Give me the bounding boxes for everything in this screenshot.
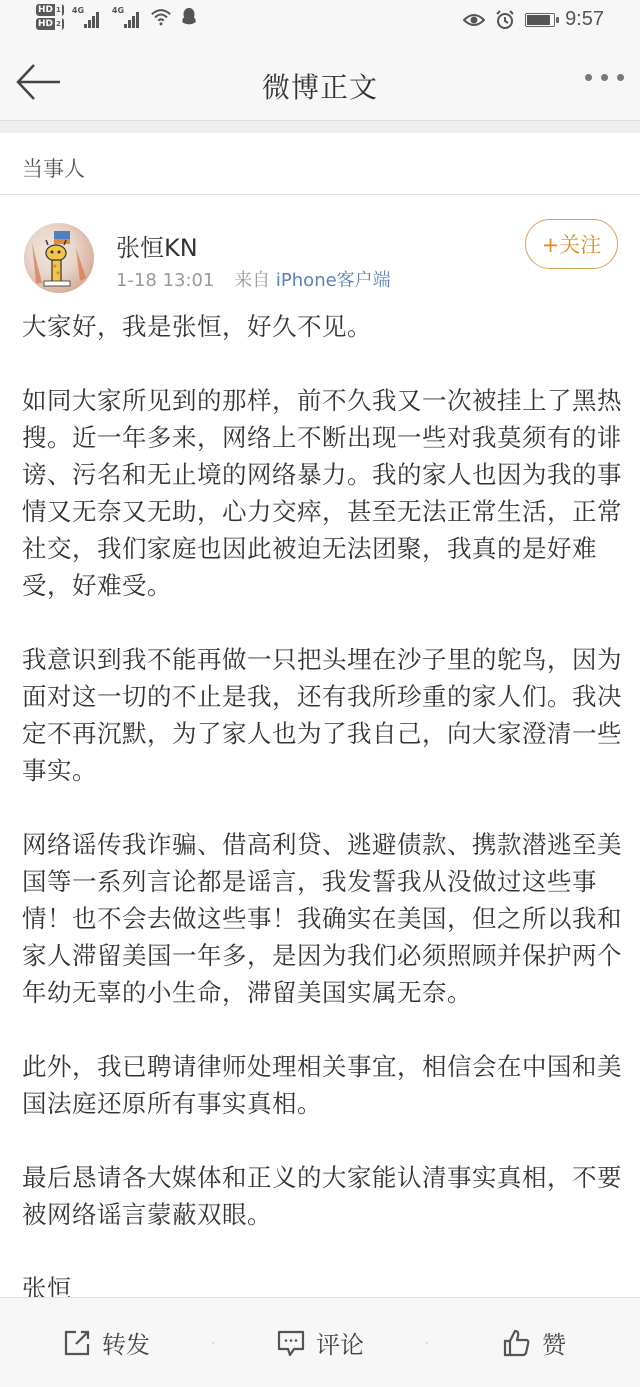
sim-indicators: HD1 HD2 [36,4,64,30]
signal-icon: 4G [114,6,144,28]
author-header: 张恒KN 1-18 13:01 来自 iPhone客户端 +关注 [0,200,640,300]
sim2-label: HD [38,18,53,30]
signal-icon: 4G [74,6,104,28]
hd-icon: HD2 [36,18,64,30]
section-header: 当事人 [0,133,640,195]
avatar[interactable] [24,223,94,293]
clock: 9:57 [565,8,604,31]
post-paragraph: 大家好，我是张恒，好久不见。 [22,308,622,345]
source-prefix: 来自 [234,270,270,291]
repost-button[interactable]: 转发 [0,1298,212,1387]
post-body: 大家好，我是张恒，好久不见。 如同大家所见到的那样，前不久我又一次被挂上了黑热搜… [22,308,622,1307]
page-title: 微博正文 [0,66,640,106]
wifi-icon [150,6,172,28]
status-left: HD1 HD2 4G 4G [36,4,200,30]
like-label: 赞 [542,1325,566,1360]
comment-icon [276,1328,306,1358]
source-client-link[interactable]: iPhone客户端 [276,270,391,291]
hd-icon: HD1 [36,4,64,16]
post-time: 1-18 13:01 [116,270,214,291]
post-paragraph: 网络谣传我诈骗、借高利贷、逃避债款、携款潜逃至美国等一系列言论都是谣言，我发誓我… [22,826,622,1011]
nav-bar: 微博正文 [0,44,640,121]
post-paragraph: 我意识到我不能再做一只把头埋在沙子里的鸵鸟，因为面对这一切的不止是我，还有我所珍… [22,641,622,789]
section-label: 当事人 [22,153,85,183]
action-toolbar: 转发 评论 赞 [0,1297,640,1387]
repost-icon [62,1328,92,1358]
more-button[interactable] [585,74,624,81]
eye-icon [463,12,485,28]
follow-button[interactable]: +关注 [525,219,618,269]
qq-icon [178,6,200,28]
battery-icon [525,13,555,27]
comment-button[interactable]: 评论 [214,1298,426,1387]
sim2-slot: 2 [55,18,62,30]
giraffe-avatar-icon [24,223,94,293]
network2-label: 4G [112,6,124,15]
post-paragraph: 此外，我已聘请律师处理相关事宜，相信会在中国和美国法庭还原所有事实真相。 [22,1048,622,1122]
like-button[interactable]: 赞 [428,1298,640,1387]
sim1-label: HD [38,4,53,16]
more-dots-icon [585,74,624,81]
nav-divider [0,121,640,133]
post-meta: 1-18 13:01 来自 iPhone客户端 [116,266,391,292]
thumbs-up-icon [502,1328,532,1358]
alarm-icon [495,10,515,30]
repost-label: 转发 [102,1325,150,1360]
sim1-slot: 1 [55,4,62,16]
status-right: 9:57 [463,8,604,31]
post-paragraph: 最后恳请各大媒体和正义的大家能认清事实真相，不要被网络谣言蒙蔽双眼。 [22,1159,622,1233]
network1-label: 4G [72,6,84,15]
author-name[interactable]: 张恒KN [116,228,198,263]
post-paragraph: 如同大家所见到的那样，前不久我又一次被挂上了黑热搜。近一年多来，网络上不断出现一… [22,382,622,604]
status-bar: HD1 HD2 4G 4G [0,0,640,44]
comment-label: 评论 [316,1325,364,1360]
